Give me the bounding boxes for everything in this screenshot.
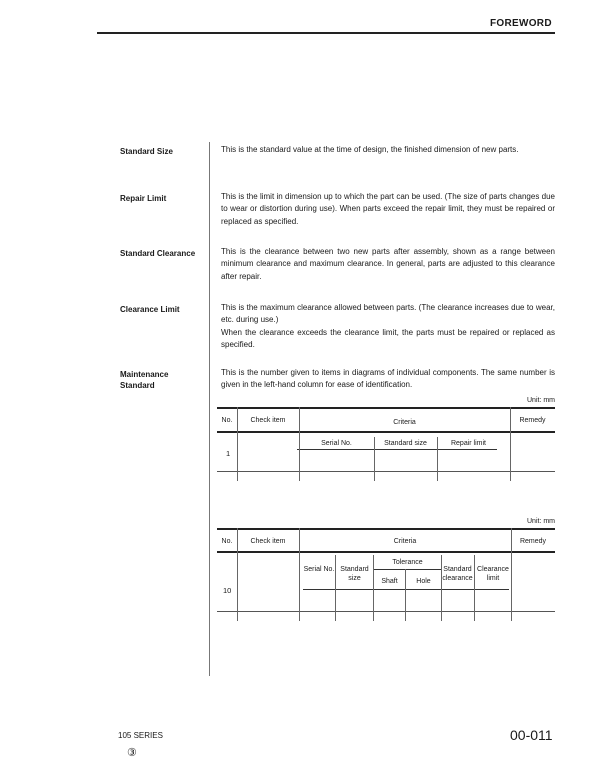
- header-no: No.: [217, 416, 237, 425]
- desc-standard-clearance: This is the clearance between two new pa…: [221, 246, 555, 283]
- desc-clearance-limit-line-1: This is the maximum clearance allowed be…: [221, 302, 555, 327]
- rule: [297, 449, 497, 450]
- rule: [217, 611, 555, 612]
- row-number: 10: [223, 586, 231, 595]
- subheader-repair-limit: Repair limit: [437, 439, 500, 448]
- subheader-hole: Hole: [406, 577, 441, 586]
- term-clearance-limit: Clearance Limit: [120, 304, 180, 315]
- header-check-item: Check item: [237, 537, 299, 546]
- desc-standard-size: This is the standard value at the time o…: [221, 144, 555, 156]
- unit-label: Unit: mm: [527, 397, 555, 404]
- header-remedy: Remedy: [511, 537, 555, 546]
- unit-label: Unit: mm: [527, 518, 555, 525]
- subheader-clearance-limit: Clearance limit: [475, 565, 511, 583]
- section-title: FOREWORD: [490, 18, 552, 29]
- desc-clearance-limit-line-2: When the clearance exceeds the clearance…: [221, 327, 555, 352]
- header-no: No.: [217, 537, 237, 546]
- term-standard-clearance: Standard Clearance: [120, 248, 195, 259]
- subheader-shaft: Shaft: [374, 577, 405, 586]
- term-maintenance-standard: Maintenance Standard: [120, 369, 168, 391]
- subheader-serial-no: Serial No.: [303, 565, 335, 574]
- page-number: 00-011: [510, 727, 553, 743]
- rule: [217, 407, 555, 409]
- header-criteria: Criteria: [299, 537, 511, 546]
- desc-clearance-limit: This is the maximum clearance allowed be…: [221, 302, 555, 352]
- rule: [303, 589, 509, 590]
- term-line-2: Standard: [120, 380, 168, 391]
- rule: [217, 551, 555, 553]
- term-repair-limit: Repair Limit: [120, 193, 166, 204]
- rule: [217, 431, 555, 433]
- rule: [374, 569, 441, 570]
- header-check-item: Check item: [237, 416, 299, 425]
- row-number: 1: [226, 449, 230, 458]
- term-standard-size: Standard Size: [120, 146, 173, 157]
- term-line-1: Maintenance: [120, 369, 168, 380]
- header-remedy: Remedy: [510, 416, 555, 425]
- subheader-tolerance: Tolerance: [374, 558, 441, 567]
- series-label: 105 SERIES: [118, 731, 163, 740]
- subheader-standard-clearance: Standard clearance: [441, 565, 474, 583]
- column-divider: [209, 142, 210, 676]
- header-rule: [97, 32, 555, 34]
- rule: [217, 528, 555, 530]
- header-criteria: Criteria: [299, 418, 510, 427]
- subheader-serial-no: Serial No.: [299, 439, 374, 448]
- revision-mark: ③: [127, 746, 137, 759]
- subheader-standard-size: Standard size: [374, 439, 437, 448]
- rule: [217, 471, 555, 472]
- desc-repair-limit: This is the limit in dimension up to whi…: [221, 191, 555, 228]
- subheader-standard-size: Standard size: [336, 565, 373, 583]
- desc-maintenance-standard: This is the number given to items in dia…: [221, 367, 555, 392]
